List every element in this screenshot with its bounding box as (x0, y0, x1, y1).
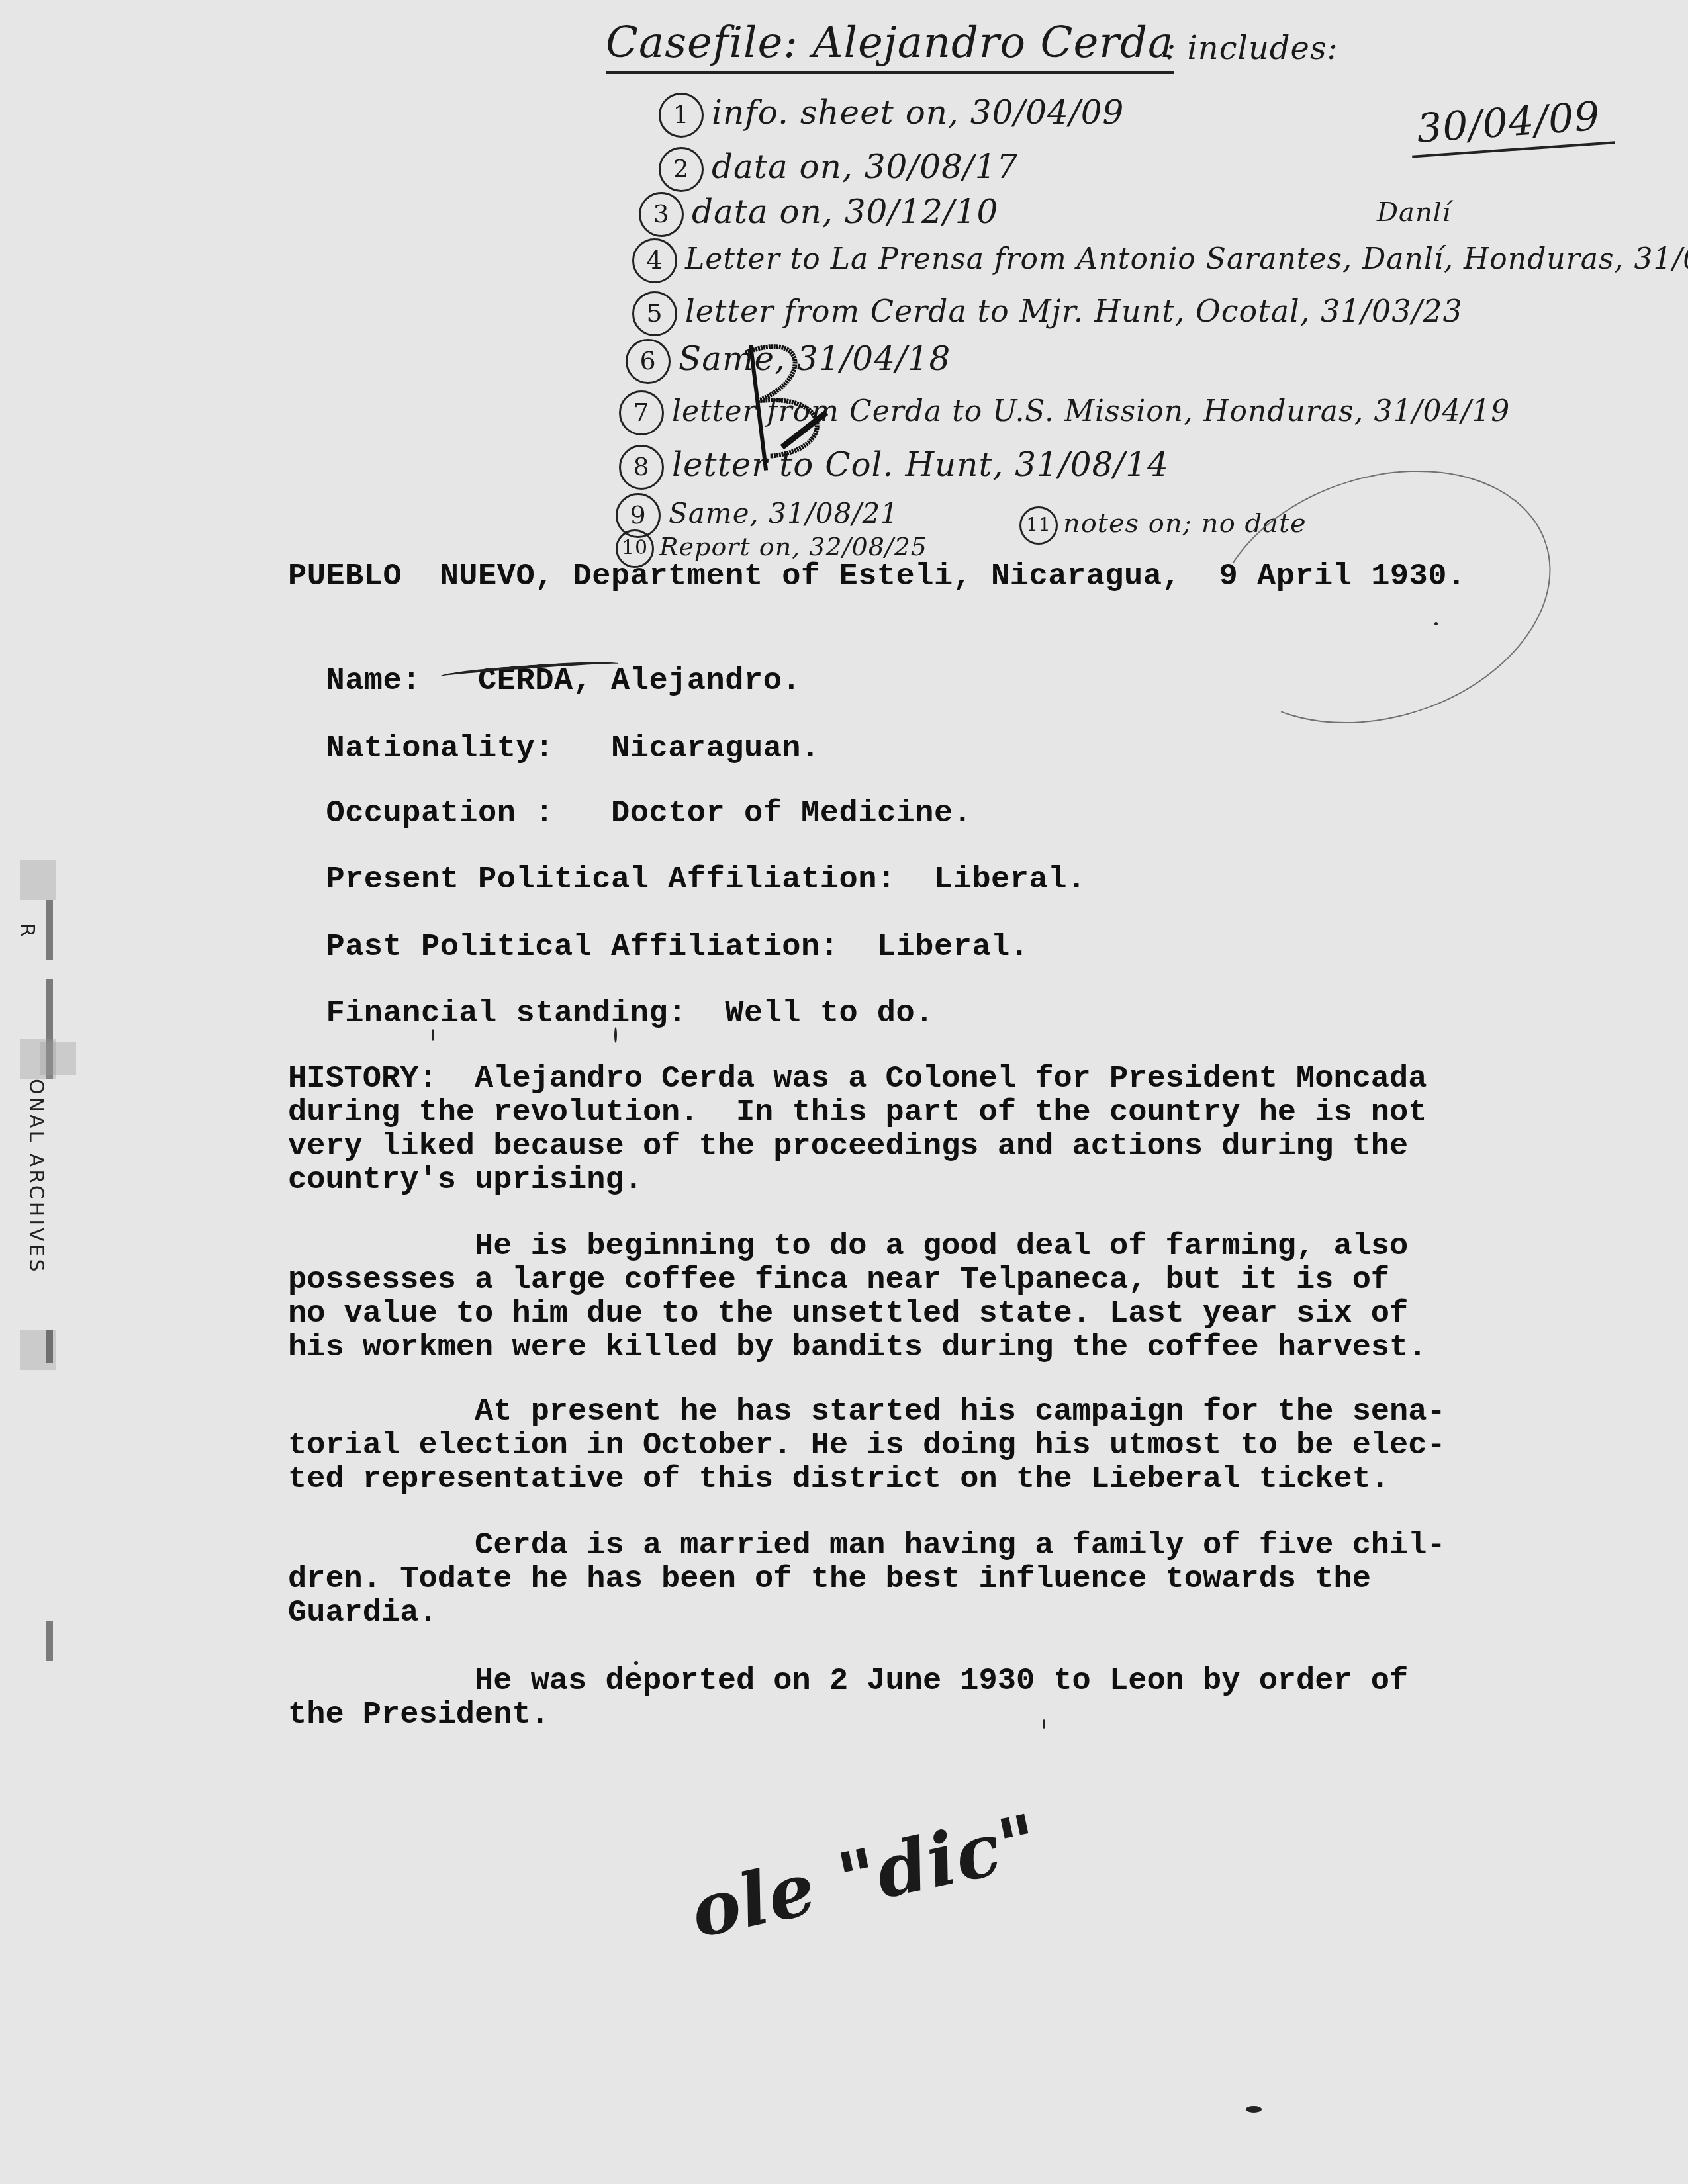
casefile-title: Casefile: Alejandro Cerda (606, 19, 1174, 68)
pencil-circle-mark (1180, 429, 1584, 765)
item-text: Letter to La Prensa from Antonio Sarante… (685, 242, 1688, 276)
contents-item: 8letter to Col. Hunt, 31/08/14 (619, 445, 1169, 490)
scan-edge-bar (46, 1621, 53, 1661)
text-line: HISTORY: Alejandro Cerda was a Colonel f… (288, 1062, 1532, 1096)
field-past-political-affiliation: Past Political Affiliation: Liberal. (288, 895, 1029, 965)
ink-speck (614, 1027, 617, 1043)
field-value: Liberal. (877, 930, 1029, 965)
text-line: dren. Todate he has been of the best inf… (288, 1563, 1532, 1596)
item-number-circle: 1 (659, 93, 704, 138)
scan-edge-bar (46, 1330, 53, 1363)
text-line: his workmen were killed by bandits durin… (288, 1331, 1532, 1365)
field-present-political-affiliation: Present Political Affiliation: Liberal. (288, 827, 1086, 897)
item-text: Same, 31/08/21 (669, 497, 899, 529)
ink-speck (634, 1661, 638, 1665)
item-text: data on, 30/12/10 (692, 193, 998, 231)
item-number-circle: 3 (639, 192, 684, 237)
scan-edge-smudge (20, 860, 56, 900)
margin-stamp-fragment: R (15, 923, 38, 937)
item-number-circle: 5 (632, 291, 677, 336)
contents-item: 2data on, 30/08/17 (659, 147, 1018, 192)
item-number-circle: 6 (626, 339, 671, 384)
scan-edge-bar (46, 900, 53, 960)
ink-speck (1043, 1719, 1045, 1729)
text-line: He is beginning to do a good deal of far… (288, 1230, 1532, 1263)
item-text: info. sheet on, 30/04/09 (712, 93, 1124, 132)
field-label: Occupation : (326, 796, 553, 831)
field-label: Past Political Affiliation: (326, 930, 839, 965)
text-line: Guardia. (288, 1596, 1532, 1630)
item-number-circle: 2 (659, 147, 704, 192)
history-paragraph-2: He is beginning to do a good deal of far… (288, 1230, 1532, 1365)
text-line: the President. (288, 1698, 1532, 1732)
text-line: very liked because of the proceedings an… (288, 1130, 1532, 1163)
footer-handwriting: ole "dic" (683, 1797, 1046, 1954)
field-financial-standing: Financial standing: Well to do. (288, 961, 934, 1031)
dateline: PUEBLO NUEVO, Department of Esteli, Nica… (288, 559, 1466, 594)
item-text: data on, 30/08/17 (712, 148, 1018, 186)
item-number-circle: 8 (619, 445, 664, 490)
field-value: Liberal. (934, 862, 1086, 897)
contents-item: 3data on, 30/12/10 (639, 192, 998, 237)
field-nationality: Nationality: Nicaraguan. (288, 696, 820, 766)
item-number-circle: 7 (619, 390, 664, 435)
text-line: torial election in October. He is doing … (288, 1429, 1532, 1463)
item-text: letter from Cerda to Mjr. Hunt, Ocotal, … (685, 293, 1463, 329)
text-line: possesses a large coffee finca near Telp… (288, 1263, 1532, 1297)
history-paragraph-1: HISTORY: Alejandro Cerda was a Colonel f… (288, 1062, 1532, 1197)
contents-item: 1info. sheet on, 30/04/09 (659, 93, 1124, 138)
ink-speck (1246, 2106, 1262, 2113)
field-value: Well to do. (725, 996, 934, 1031)
text-line: country's uprising. (288, 1163, 1532, 1197)
history-paragraph-5: He was deported on 2 June 1930 to Leon b… (288, 1664, 1532, 1732)
item-text: Report on, 32/08/25 (659, 532, 927, 561)
top-right-date: 30/04/09 (1409, 92, 1615, 152)
text-line: no value to him due to the unsettled sta… (288, 1297, 1532, 1331)
top-right-date-text: 30/04/09 (1409, 92, 1615, 158)
margin-archive-stamp: ONAL ARCHIVES (24, 1079, 48, 1275)
scan-edge-smudge (40, 1042, 76, 1075)
item-number-circle: 11 (1019, 506, 1058, 545)
contents-item: 4Letter to La Prensa from Antonio Sarant… (632, 238, 1688, 283)
text-line: during the revolution. In this part of t… (288, 1096, 1532, 1130)
ink-speck (1434, 622, 1438, 625)
history-paragraph-3: At present he has started his campaign f… (288, 1395, 1532, 1496)
casefile-title-suffix: : includes: (1165, 30, 1338, 67)
contents-item: 5letter from Cerda to Mjr. Hunt, Ocotal,… (632, 291, 1463, 336)
text-line: At present he has started his campaign f… (288, 1395, 1532, 1429)
annotation-danli: Danlí (1377, 197, 1451, 228)
item-number-circle: 4 (632, 238, 677, 283)
text-line: Cerda is a married man having a family o… (288, 1529, 1532, 1563)
ink-speck (432, 1029, 434, 1041)
casefile-title-text: Casefile: Alejandro Cerda (606, 19, 1174, 74)
text-line: He was deported on 2 June 1930 to Leon b… (288, 1664, 1532, 1698)
field-label: Name: (326, 664, 421, 699)
field-occupation: Occupation : Doctor of Medicine. (288, 761, 972, 831)
field-label: Financial standing: (326, 996, 686, 1031)
text-line: ted representative of this district on t… (288, 1463, 1532, 1496)
field-label: Present Political Affiliation: (326, 862, 896, 897)
history-paragraph-4: Cerda is a married man having a family o… (288, 1529, 1532, 1630)
field-value: Doctor of Medicine. (611, 796, 972, 831)
